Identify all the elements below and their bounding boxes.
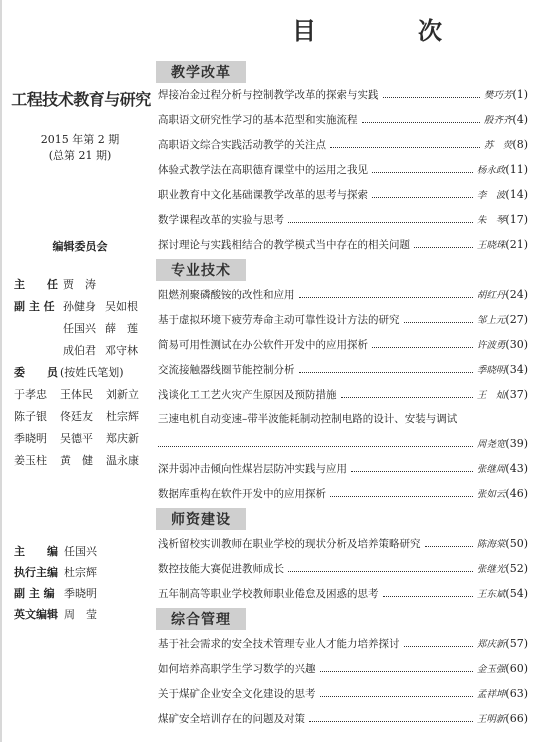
article-title: 焊接冶金过程分析与控制教学改革的探索与实践 xyxy=(158,87,379,103)
article-title: 如何培养高职学生学习数学的兴趣 xyxy=(158,661,316,677)
toc-entry[interactable]: 数据库重构在软件开发中的应用探析张如云(46) xyxy=(158,486,528,502)
person-name: 周 莹 xyxy=(64,608,97,621)
dot-leader xyxy=(372,188,473,198)
article-title: 数控技能大赛促进教师成长 xyxy=(158,561,284,577)
section-header-teaching-reform: 教学改革 xyxy=(156,61,246,83)
members-note: (按姓氏笔划) xyxy=(60,366,124,379)
dot-leader xyxy=(383,587,473,597)
article-title: 煤矿安全培训存在的问题及对策 xyxy=(158,711,305,727)
article-title: 浅析留校实训教师在职业学校的现状分析及培养策略研究 xyxy=(158,536,421,552)
article-title: 高职语文综合实践活动教学的关注点 xyxy=(158,137,326,153)
dot-leader xyxy=(158,437,473,447)
dot-leader xyxy=(341,388,473,398)
article-title: 数学课程改革的实验与思考 xyxy=(158,212,284,228)
article-title: 基于社会需求的安全技术管理专业人才能力培养探讨 xyxy=(158,636,400,652)
dot-leader xyxy=(288,213,473,223)
toc-entry[interactable]: 高职语文综合实践活动教学的关注点苏 荧(8) xyxy=(158,137,528,153)
board-members-line: 姜玉柱黄 健温永康 xyxy=(14,454,152,468)
dot-leader xyxy=(404,637,473,647)
page-number: (54) xyxy=(505,586,528,602)
board-members-line: 季晓明吴德平郑庆新 xyxy=(14,432,152,446)
board-deputy-line: 副 主 任孙健身吴如根 xyxy=(14,300,151,314)
toc-entry[interactable]: 深井弱冲击倾向性煤岩层防冲实践与应用张继周(43) xyxy=(158,461,528,477)
article-title: 探讨理论与实践相结合的教学模式当中存在的相关问题 xyxy=(158,237,410,253)
person-name: 佟廷友 xyxy=(60,410,106,424)
toc-entry[interactable]: 周尧宽(39) xyxy=(158,436,528,452)
person-name: 姜玉柱 xyxy=(14,454,60,468)
page-number: (66) xyxy=(505,711,528,727)
person-name: 陈子银 xyxy=(14,410,60,424)
page-left-edge xyxy=(0,0,2,742)
dot-leader xyxy=(299,288,473,298)
section-header-professional-technology: 专业技术 xyxy=(156,259,246,281)
dot-leader xyxy=(404,313,473,323)
page-number: (60) xyxy=(505,661,528,677)
role-label: 主 编 xyxy=(14,543,64,559)
english-editor-line: 英文编辑周 莹 xyxy=(14,606,97,622)
person-name: 吴德平 xyxy=(60,432,106,446)
article-author: 陈海棠 xyxy=(477,537,506,553)
page-number: (57) xyxy=(505,636,528,652)
dot-leader xyxy=(330,487,473,497)
page-number: (37) xyxy=(505,387,528,403)
person-name: 吴如根 xyxy=(105,300,151,314)
page-number: (8) xyxy=(512,137,528,153)
dot-leader xyxy=(372,338,473,348)
role-label: 英文编辑 xyxy=(14,606,64,622)
person-name: 任国兴 xyxy=(63,322,105,336)
article-title: 浅谈化工工艺火灾产生原因及预防措施 xyxy=(158,387,337,403)
article-author: 周尧宽 xyxy=(477,437,506,453)
board-members-heading: 委 员(按姓氏笔划) xyxy=(14,366,124,380)
person-name: 邓守林 xyxy=(105,344,151,358)
article-author: 苏 荧 xyxy=(484,138,513,154)
person-name: 任国兴 xyxy=(64,545,97,558)
dot-leader xyxy=(425,537,473,547)
article-title-multiline[interactable]: 三速电机自动变速–带半波能耗制动控制电路的设计、安装与调试 xyxy=(158,411,528,427)
article-author: 王东斌 xyxy=(477,587,506,603)
article-author: 郑庆新 xyxy=(477,637,506,653)
article-title: 高职语文研究性学习的基本范型和实施流程 xyxy=(158,112,358,128)
dot-leader xyxy=(362,113,480,123)
toc-heading: 目 次 xyxy=(292,10,442,46)
article-author: 杨永政 xyxy=(477,163,506,179)
dot-leader xyxy=(320,687,473,697)
page-number: (24) xyxy=(505,287,528,303)
article-title: 阻燃剂聚磷酸铵的改性和应用 xyxy=(158,287,295,303)
article-title: 职业教育中文化基础课教学改革的思考与探索 xyxy=(158,187,368,203)
article-author: 金玉强 xyxy=(477,662,506,678)
person-name: 刘新立 xyxy=(106,388,152,402)
person-name: 郑庆新 xyxy=(106,432,152,446)
article-title: 数据库重构在软件开发中的应用探析 xyxy=(158,486,326,502)
toc-entry[interactable]: 数学课程改革的实验与思考朱 琴(17) xyxy=(158,212,528,228)
page-number: (1) xyxy=(512,87,528,103)
person-name: 贾 涛 xyxy=(63,278,109,292)
journal-name: 工程技术教育与研究 xyxy=(10,87,152,110)
article-title: 深井弱冲击倾向性煤岩层防冲实践与应用 xyxy=(158,461,347,477)
page-number: (14) xyxy=(505,187,528,203)
dot-leader xyxy=(288,562,473,572)
article-author: 樊巧芳 xyxy=(484,88,513,104)
toc-entry[interactable]: 阻燃剂聚磷酸铵的改性和应用胡红丹(24) xyxy=(158,287,528,303)
toc-entry[interactable]: 数控技能大赛促进教师成长张继光(52) xyxy=(158,561,528,577)
board-members-line: 陈子银佟廷友杜宗辉 xyxy=(14,410,152,424)
toc-entry[interactable]: 煤矿安全培训存在的问题及对策王明新(66) xyxy=(158,711,528,727)
board-director-line: 主 任贾 涛 xyxy=(14,278,109,292)
article-author: 胡红丹 xyxy=(477,288,506,304)
role-label: 委 员 xyxy=(14,366,60,380)
article-author: 季晓明 xyxy=(477,363,506,379)
page-number: (21) xyxy=(505,237,528,253)
person-name: 季晓明 xyxy=(14,432,60,446)
article-author: 王 灿 xyxy=(477,388,506,404)
toc-entry[interactable]: 基于社会需求的安全技术管理专业人才能力培养探讨郑庆新(57) xyxy=(158,636,528,652)
dot-leader xyxy=(299,363,473,373)
board-members-line: 于孝忠王体民刘新立 xyxy=(14,388,152,402)
page-number: (17) xyxy=(505,212,528,228)
dot-leader xyxy=(383,88,480,98)
article-author: 张如云 xyxy=(477,487,506,503)
article-title: 体验式教学法在高职德育课堂中的运用之我见 xyxy=(158,162,368,178)
role-label: 主 任 xyxy=(14,278,63,292)
dot-leader xyxy=(351,462,473,472)
toc-entry[interactable]: 关于煤矿企业安全文化建设的思考孟祥坤(63) xyxy=(158,686,528,702)
dot-leader xyxy=(330,138,480,148)
toc-entry[interactable]: 浅析留校实训教师在职业学校的现状分析及培养策略研究陈海棠(50) xyxy=(158,536,528,552)
person-name: 季晓明 xyxy=(64,587,97,600)
section-header-general-management: 综合管理 xyxy=(156,608,246,630)
person-name: 温永康 xyxy=(106,454,152,468)
toc-entry[interactable]: 五年制高等职业学校教师职业倦怠及困惑的思考王东斌(54) xyxy=(158,586,528,602)
article-title: 关于煤矿企业安全文化建设的思考 xyxy=(158,686,316,702)
toc-heading-char-2: 次 xyxy=(418,11,442,46)
dot-leader xyxy=(372,163,473,173)
editor-in-chief-line: 主 编任国兴 xyxy=(14,543,97,559)
article-author: 孟祥坤 xyxy=(477,687,506,703)
dot-leader xyxy=(320,662,473,672)
article-author: 李 波 xyxy=(477,188,506,204)
person-name: 杜宗辉 xyxy=(64,566,97,579)
person-name: 薛 莲 xyxy=(105,322,151,336)
page-number: (11) xyxy=(505,162,528,178)
dot-leader xyxy=(414,238,473,248)
article-author: 邹上元 xyxy=(477,313,506,329)
page-number: (27) xyxy=(505,312,528,328)
page-number: (30) xyxy=(505,337,528,353)
article-author: 王晓珠 xyxy=(477,238,506,254)
toc-entry[interactable]: 探讨理论与实践相结合的教学模式当中存在的相关问题王晓珠(21) xyxy=(158,237,528,253)
page-number: (63) xyxy=(505,686,528,702)
person-name: 成伯君 xyxy=(63,344,105,358)
toc-entry[interactable]: 如何培养高职学生学习数学的兴趣金玉强(60) xyxy=(158,661,528,677)
page-number: (4) xyxy=(512,112,528,128)
page-number: (46) xyxy=(505,486,528,502)
person-name: 于孝忠 xyxy=(14,388,60,402)
article-title: 交流接触器线圈节能控制分析 xyxy=(158,362,295,378)
toc-entry[interactable]: 基于虚拟环境下疲劳寿命主动可靠性设计方法的研究邹上元(27) xyxy=(158,312,528,328)
section-header-faculty-development: 师资建设 xyxy=(156,508,246,530)
article-author: 殷齐齐 xyxy=(484,113,513,129)
board-deputy-line: 任国兴薛 莲 xyxy=(14,322,151,336)
page-number: (39) xyxy=(505,436,528,452)
executive-editor-line: 执行主编杜宗辉 xyxy=(14,564,97,580)
toc-entry[interactable]: 焊接冶金过程分析与控制教学改革的探索与实践樊巧芳(1) xyxy=(158,87,528,103)
article-author: 张继周 xyxy=(477,462,506,478)
person-name: 杜宗辉 xyxy=(106,410,152,424)
page-number: (50) xyxy=(505,536,528,552)
role-label: 执行主编 xyxy=(14,564,64,580)
toc-entry[interactable]: 高职语文研究性学习的基本范型和实施流程殷齐齐(4) xyxy=(158,112,528,128)
article-title: 五年制高等职业学校教师职业倦怠及困惑的思考 xyxy=(158,586,379,602)
cumulative-issue-number: (总第 21 期) xyxy=(0,147,160,163)
article-author: 王明新 xyxy=(477,712,506,728)
article-title: 简易可用性测试在办公软件开发中的应用探析 xyxy=(158,337,368,353)
page-number: (34) xyxy=(505,362,528,378)
issue-number: 2015 年第 2 期 xyxy=(0,131,160,147)
article-author: 张继光 xyxy=(477,562,506,578)
toc-entry[interactable]: 体验式教学法在高职德育课堂中的运用之我见杨永政(11) xyxy=(158,162,528,178)
toc-entry[interactable]: 交流接触器线圈节能控制分析季晓明(34) xyxy=(158,362,528,378)
person-name: 王体民 xyxy=(60,388,106,402)
person-name: 孙健身 xyxy=(63,300,105,314)
person-name: 黄 健 xyxy=(60,454,106,468)
role-label: 副 主 编 xyxy=(14,585,64,601)
page-number: (43) xyxy=(505,461,528,477)
toc-heading-char-1: 目 xyxy=(292,11,316,46)
toc-entry[interactable]: 职业教育中文化基础课教学改革的思考与探索李 波(14) xyxy=(158,187,528,203)
dot-leader xyxy=(309,712,473,722)
board-deputy-line: 成伯君邓守林 xyxy=(14,344,151,358)
editorial-board-title: 编辑委员会 xyxy=(0,238,160,254)
article-author: 许波勇 xyxy=(477,338,506,354)
article-title: 基于虚拟环境下疲劳寿命主动可靠性设计方法的研究 xyxy=(158,312,400,328)
role-label: 副 主 任 xyxy=(14,300,63,314)
deputy-editor-line: 副 主 编季晓明 xyxy=(14,585,97,601)
page-number: (52) xyxy=(505,561,528,577)
toc-entry[interactable]: 简易可用性测试在办公软件开发中的应用探析许波勇(30) xyxy=(158,337,528,353)
article-author: 朱 琴 xyxy=(477,213,506,229)
toc-entry[interactable]: 浅谈化工工艺火灾产生原因及预防措施王 灿(37) xyxy=(158,387,528,403)
